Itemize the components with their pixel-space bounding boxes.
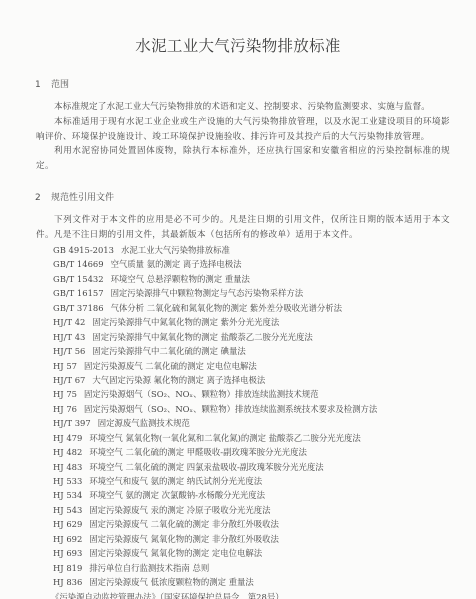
section-title: 规范性引用文件	[51, 193, 114, 203]
reference-code: HJ 543	[53, 505, 82, 515]
reference-item: GB/T 15432环境空气 总悬浮颗粒物的测定 重量法	[53, 272, 377, 286]
reference-item: HJ 483环境空气 二氧化硫的测定 四氯汞盐吸收-副玫瑰苯胺分光光度法	[53, 460, 377, 474]
section-number: 2	[35, 193, 51, 203]
reference-name: 固定源废气监测技术规范	[98, 418, 190, 428]
reference-name: 排污单位自行监测技术指南 总则	[89, 563, 209, 573]
reference-code: HJ 479	[53, 433, 82, 443]
reference-code: HJ 533	[53, 476, 82, 486]
reference-code: HJ 75	[53, 389, 77, 399]
reference-name: 固定污染源排气中氮氧化物的测定 盐酸萘乙二胺分光光度法	[92, 332, 312, 342]
reference-code: GB/T 15432	[53, 274, 104, 284]
reference-name: 固定污染源废气 氮氧化物的测定 定电位电解法	[89, 548, 262, 558]
reference-name: 固定污染源废气 二氧化硫的测定 定电位电解法	[84, 361, 257, 371]
reference-name: 固定污染源废气 汞的测定 冷原子吸收分光光度法	[89, 505, 270, 515]
reference-item: HJ 57固定污染源废气 二氧化硫的测定 定电位电解法	[53, 359, 377, 373]
reference-name: 水泥工业大气污染物排放标准	[121, 245, 230, 255]
reference-item: GB 4915-2013水泥工业大气污染物排放标准	[53, 243, 377, 257]
scope-paragraph-1: 本标准规定了水泥工业大气污染物排放的术语和定义、控制要求、污染物监测要求、实施与…	[36, 100, 450, 115]
reference-name: 气体分析 二氧化硫和氮氧化物的测定 紫外差分吸收光谱分析法	[111, 303, 342, 313]
reference-code: GB/T 37186	[53, 303, 104, 313]
reference-item: HJ 819排污单位自行监测技术指南 总则	[53, 561, 377, 575]
reference-name: 固定污染源排气中二氧化硫的测定 碘量法	[92, 346, 245, 356]
reference-code: HJ/T 56	[53, 346, 85, 356]
reference-code: GB 4915-2013	[53, 245, 114, 255]
reference-code: GB/T 14669	[53, 259, 104, 269]
reference-item: HJ/T 397固定源废气监测技术规范	[53, 416, 377, 430]
reference-item: HJ 836固定污染源废气 低浓度颗粒物的测定 重量法	[53, 575, 377, 589]
section-title: 范围	[51, 80, 69, 90]
reference-name: 环境空气 二氧化硫的测定 甲醛吸收-副玫瑰苯胺分光光度法	[89, 447, 307, 457]
reference-name: 环境空气和废气 氨的测定 纳氏试剂分光光度法	[89, 476, 262, 486]
section-1-heading: 1范围	[35, 77, 69, 90]
reference-code: HJ 629	[53, 519, 82, 529]
document-title: 水泥工业大气污染物排放标准	[0, 34, 476, 56]
reference-code: HJ 57	[53, 361, 77, 371]
normative-references-list: GB 4915-2013水泥工业大气污染物排放标准 GB/T 14669空气质量…	[53, 243, 377, 599]
reference-item: HJ 533环境空气和废气 氨的测定 纳氏试剂分光光度法	[53, 474, 377, 488]
reference-name: 环境空气 氨的测定 次氯酸钠-水杨酸分光光度法	[89, 490, 265, 500]
reference-item: HJ 75固定污染源烟气（SO₂、NOₓ、颗粒物）排放连续监测技术规范	[53, 387, 377, 401]
references-intro-paragraph: 下列文件对于本文件的应用是必不可少的。凡是注日期的引用文件，仅所注日期的版本适用…	[36, 213, 450, 242]
reference-name: 固定污染源废气 二氧化硫的测定 非分散红外吸收法	[89, 519, 279, 529]
reference-code: HJ 836	[53, 577, 82, 587]
reference-item: HJ 479环境空气 氮氧化物(一氧化氮和二氧化氮)的测定 盐酸萘乙二胺分光光度…	[53, 431, 377, 445]
reference-item-regulation: 《污染源自动监控管理办法》（国家环境保护总局令 第28号）	[51, 590, 377, 599]
reference-name: 固定污染源废气 氮氧化物的测定 非分散红外吸收法	[89, 534, 279, 544]
reference-name: 环境空气 氮氧化物(一氧化氮和二氧化氮)的测定 盐酸萘乙二胺分光光度法	[89, 433, 360, 443]
reference-item: HJ 693固定污染源废气 氮氧化物的测定 定电位电解法	[53, 546, 377, 560]
document-page: 水泥工业大气污染物排放标准 1范围 本标准规定了水泥工业大气污染物排放的术语和定…	[0, 0, 476, 599]
reference-code: HJ 76	[53, 404, 77, 414]
reference-item: GB/T 16157固定污染源排气中颗粒物测定与气态污染物采样方法	[53, 286, 377, 300]
reference-code: GB/T 16157	[53, 288, 104, 298]
reference-item: HJ 76固定污染源烟气（SO₂、NOₓ、颗粒物）排放连续监测系统技术要求及检测…	[53, 402, 377, 416]
reference-name: 《污染源自动监控管理办法》（国家环境保护总局令 第28号）	[51, 592, 284, 599]
reference-item: HJ 692固定污染源废气 氮氧化物的测定 非分散红外吸收法	[53, 532, 377, 546]
reference-item: HJ/T 67大气固定污染源 氟化物的测定 离子选择电极法	[53, 373, 377, 387]
reference-name: 环境空气 总悬浮颗粒物的测定 重量法	[111, 274, 250, 284]
reference-item: HJ 482环境空气 二氧化硫的测定 甲醛吸收-副玫瑰苯胺分光光度法	[53, 445, 377, 459]
reference-code: HJ/T 397	[53, 418, 91, 428]
reference-item: GB/T 37186气体分析 二氧化硫和氮氧化物的测定 紫外差分吸收光谱分析法	[53, 301, 377, 315]
reference-name: 固定污染源烟气（SO₂、NOₓ、颗粒物）排放连续监测系统技术要求及检测方法	[84, 404, 377, 414]
section-number: 1	[35, 80, 51, 90]
reference-code: HJ 534	[53, 490, 82, 500]
reference-item: HJ 543固定污染源废气 汞的测定 冷原子吸收分光光度法	[53, 503, 377, 517]
reference-code: HJ 819	[53, 563, 82, 573]
reference-name: 固定污染源排气中氮氧化物的测定 紫外分光光度法	[92, 317, 279, 327]
reference-name: 大气固定污染源 氟化物的测定 离子选择电极法	[92, 375, 265, 385]
section-2-heading: 2规范性引用文件	[35, 190, 114, 203]
reference-code: HJ 693	[53, 548, 82, 558]
reference-name: 固定污染源废气 低浓度颗粒物的测定 重量法	[89, 577, 253, 587]
scope-paragraph-3: 利用水泥窑协同处置固体废物，除执行本标准外，还应执行国家和安徽省相应的污染控制标…	[36, 144, 450, 173]
reference-code: HJ 692	[53, 534, 82, 544]
reference-item: HJ/T 56固定污染源排气中二氧化硫的测定 碘量法	[53, 344, 377, 358]
reference-name: 固定污染源排气中颗粒物测定与气态污染物采样方法	[111, 288, 304, 298]
reference-code: HJ 483	[53, 462, 82, 472]
reference-name: 环境空气 二氧化硫的测定 四氯汞盐吸收-副玫瑰苯胺分光光度法	[89, 462, 323, 472]
reference-code: HJ 482	[53, 447, 82, 457]
reference-item: HJ/T 43固定污染源排气中氮氧化物的测定 盐酸萘乙二胺分光光度法	[53, 330, 377, 344]
reference-name: 空气质量 氨的测定 离子选择电极法	[111, 259, 242, 269]
reference-item: HJ 534环境空气 氨的测定 次氯酸钠-水杨酸分光光度法	[53, 488, 377, 502]
reference-item: HJ 629固定污染源废气 二氧化硫的测定 非分散红外吸收法	[53, 517, 377, 531]
scope-paragraph-2: 本标准适用于现有水泥工业企业或生产设施的大气污染物排放管理，以及水泥工业建设项目…	[36, 115, 450, 144]
reference-item: HJ/T 42固定污染源排气中氮氧化物的测定 紫外分光光度法	[53, 315, 377, 329]
reference-code: HJ/T 43	[53, 332, 85, 342]
reference-code: HJ/T 42	[53, 317, 85, 327]
reference-item: GB/T 14669空气质量 氨的测定 离子选择电极法	[53, 257, 377, 271]
reference-name: 固定污染源烟气（SO₂、NOₓ、颗粒物）排放连续监测技术规范	[84, 389, 319, 399]
reference-code: HJ/T 67	[53, 375, 85, 385]
